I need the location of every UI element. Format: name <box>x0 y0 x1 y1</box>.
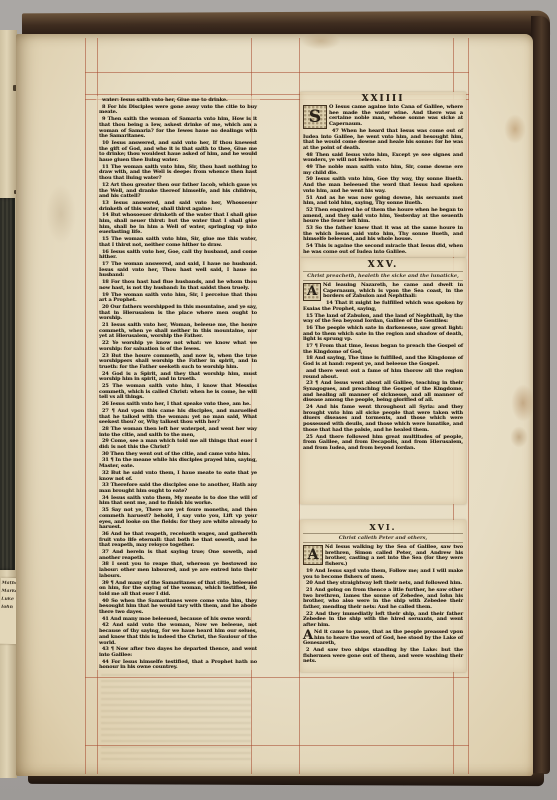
verse-line: 49 The noble man saith vnto him, Sir, co… <box>303 165 463 176</box>
lead-text: Nd leauing Nazareth, he came and dwelt i… <box>323 282 463 299</box>
verse-line: water: Iesus saith vnto her, Giue me to … <box>99 98 257 104</box>
chapter-heading-xxiiii: XXIIII <box>303 94 463 104</box>
verse-list: 2 And saw two ships standing by the Lake… <box>303 648 463 665</box>
book-page: water: Iesus saith vnto her, Giue me to … <box>16 34 533 776</box>
verse-line: 40 So when the Samaritanes were come vnt… <box>99 599 257 616</box>
verse-line: 47 When he heard that Iesus was come out… <box>303 129 463 152</box>
verse-line: 10 Iesus answered, and said vnto her, If… <box>99 141 257 164</box>
chapter-summary: Christ preacheth, healeth the sicke and … <box>303 271 463 281</box>
verse-list: 47 When he heard that Iesus was come out… <box>303 129 463 256</box>
foxing-stain <box>510 426 528 448</box>
verse-line: 53 So the father knew that it was at the… <box>303 226 463 243</box>
verse-line: 16 Iesus saith vnto her, Goe, call thy h… <box>99 250 257 261</box>
lead-paragraph: ANd leauing Nazareth, he came and dwelt … <box>303 283 463 300</box>
verse-line: 24 God is a Spirit, and they that worshi… <box>99 372 257 383</box>
verse-line: 26 Iesus saith vnto her, I that speake v… <box>99 402 257 408</box>
verse-line: 52 Then enquired he of them the houre wh… <box>303 208 463 225</box>
verse-line: 35 Say not ye, There are yet foure monet… <box>99 508 257 531</box>
verse-line: 36 And he that reapeth, receiueth wages,… <box>99 532 257 549</box>
verse-line: 22 Ye worship ye know not what: we know … <box>99 341 257 352</box>
engraving-sliver <box>0 198 15 570</box>
verse-line: 17 ¶ From that time, Iesus began to prea… <box>303 344 463 355</box>
verse-line: 11 The woman saith vnto him, Sir, thou h… <box>99 165 257 182</box>
verse-line: 20 Our fathers worshipped in this mounta… <box>99 305 257 322</box>
verse-line: 15 The woman saith vnto him, Sir, giue m… <box>99 237 257 248</box>
verse-line: 24 And his fame went throughout all Syri… <box>303 405 463 434</box>
top-stain <box>301 32 341 50</box>
rule-right-outer <box>468 38 469 774</box>
ink-bleedthrough <box>101 674 251 764</box>
lead-text: O Iesus came againe into Cana of Galilee… <box>329 104 463 127</box>
woodcut-initial-a: A <box>303 283 321 301</box>
verse-line: 8 For his Disciples were gone away vnto … <box>99 105 257 116</box>
verse-line: 48 Then said Iesus vnto him, Except ye s… <box>303 153 463 164</box>
chapter-heading-xxv: XXV. <box>303 260 463 270</box>
gutter-stain <box>46 184 76 244</box>
verse-line: 51 And as he was now going downe, his se… <box>303 196 463 207</box>
verse-line: 13 Iesus answered, and said vnto her, Wh… <box>99 201 257 212</box>
verse-line: 33 Therefore said the disciples one to a… <box>99 483 257 494</box>
left-text-column: water: Iesus saith vnto her, Giue me to … <box>96 96 260 670</box>
verse-line: 21 And going on from thence a litle furt… <box>303 588 463 611</box>
rule-top <box>85 72 469 73</box>
lead-paragraph: SO Iesus came againe into Cana of Galile… <box>303 105 463 128</box>
woodcut-initial-a: A <box>303 545 323 565</box>
chapter-summary: Christ calleth Peter and others, <box>303 533 463 543</box>
lead-text: Nd Iesus walking by the Sea of Galilee, … <box>325 544 463 567</box>
foxing-stain <box>511 384 535 422</box>
verse-line: 27 ¶ And vpon this came his disciples, a… <box>99 409 257 426</box>
verse-line: 32 But he said vnto them, I haue meate t… <box>99 471 257 482</box>
verse-line: 17 The woman answered, and said, I haue … <box>99 262 257 279</box>
verse-line: 2 And saw two ships standing by the Lake… <box>303 648 463 665</box>
verse-line: 19 The woman saith vnto him, Sir, I perc… <box>99 293 257 304</box>
verse-line: 38 I sent you to reape that, whereon ye … <box>99 562 257 579</box>
verse-line: and there went out a fame of him thorow … <box>303 369 463 380</box>
woodcut-initial-s: S <box>303 105 327 129</box>
verse-line: 14 That it might be fulfilled which was … <box>303 301 463 312</box>
verse-line: 18 For thou hast had fiue husbands, and … <box>99 280 257 291</box>
verse-line: 25 The woman saith vnto him, I know that… <box>99 384 257 401</box>
section-xxv-slip: XXV. Christ preacheth, healeth the sicke… <box>300 258 466 504</box>
verse-line: 22 And they immediatly left their ship, … <box>303 612 463 629</box>
verse-line: 16 The people which sate in darkenesse, … <box>303 326 463 343</box>
verse-line: 14 But whosoeuer drinketh of the water t… <box>99 213 257 236</box>
verse-line: 12 Art thou greater then our father Iaco… <box>99 183 257 200</box>
verse-line: 34 Iesus saith vnto them, My meate is to… <box>99 496 257 507</box>
verse-line: 15 The land of Zabulon, and the land of … <box>303 314 463 325</box>
foxing-stain <box>504 114 526 144</box>
verse-line: 19 And Iesus sayd vnto them, Follow me; … <box>303 569 463 580</box>
verse-line: 28 The woman then left her waterpot, and… <box>99 427 257 438</box>
photograph-of-open-book: MathewMarkeLukeIohn water: Iesus saith v… <box>0 0 557 800</box>
verse-line: 42 And said vnto the woman, Now we belee… <box>99 623 257 646</box>
section-xvi-slip: XVI. Christ calleth Peter and others, AN… <box>300 520 466 672</box>
verse-line: 54 This is againe the second miracle tha… <box>303 244 463 255</box>
chapter-heading-xvi: XVI. <box>303 522 463 532</box>
verse-line: 18 And saying, The time is fulfilled, an… <box>303 356 463 367</box>
verse-line: 44 For Iesus himselfe testified, that a … <box>99 660 257 670</box>
rule-left-outer <box>85 38 86 774</box>
verse-line: 39 ¶ And many of the Samaritanes of that… <box>99 581 257 598</box>
verse-line: 23 ¶ And Iesus went about all Galilee, t… <box>303 381 463 404</box>
second-lead-paragraph: ANd it came to passe, that as the people… <box>303 630 463 647</box>
lead-text: Nd it came to passe, that as the people … <box>303 629 463 646</box>
verse-line: 25 And there followed him great multitud… <box>303 435 463 452</box>
verse-line: 9 Then saith the woman of Samaria vnto h… <box>99 117 257 140</box>
verse-line: 43 ¶ Now after two dayes he departed the… <box>99 647 257 658</box>
verse-line: 31 ¶ In the meane while his disciples pr… <box>99 458 257 469</box>
verse-line: 29 Come, see a man which told me all thi… <box>99 439 257 450</box>
verse-list: 14 That it might be fulfilled which was … <box>303 301 463 452</box>
verse-line: 50 Iesus saith vnto him, Goe thy way, th… <box>303 177 463 194</box>
verse-list: 19 And Iesus sayd vnto them, Follow me; … <box>303 569 463 629</box>
verse-line: 37 And herein is that saying true; One s… <box>99 550 257 561</box>
section-xxiiii-slip: XXIIII SO Iesus came againe into Cana of… <box>300 92 466 257</box>
verse-line: 21 Iesus saith vnto her, Woman, beleeue … <box>99 323 257 340</box>
lead-paragraph: ANd Iesus walking by the Sea of Galilee,… <box>303 545 463 568</box>
verse-line: 23 But the houre commeth, and now is, wh… <box>99 354 257 371</box>
